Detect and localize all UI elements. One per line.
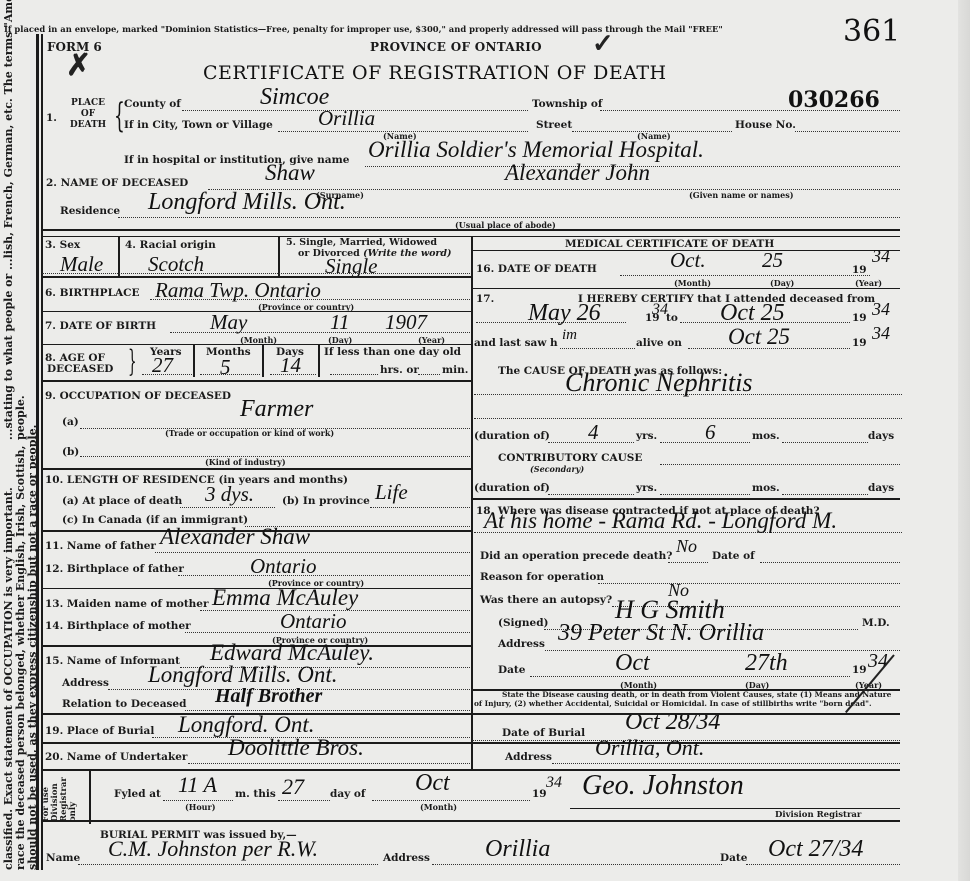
field-line: [598, 583, 900, 584]
residence-value: Longford Mills. Ont.: [148, 189, 346, 216]
day-sublabel: (Day): [770, 278, 794, 288]
father-birthplace-value: Ontario: [250, 554, 317, 579]
mother-name-value: Emma McAuley: [212, 585, 358, 611]
row-divider: [42, 344, 471, 345]
signed-label: (Signed): [498, 617, 549, 629]
registrar-title: Division Registrar: [775, 810, 861, 820]
father-name-value: Alexander Shaw: [160, 524, 310, 550]
undertaker-address-label: Address: [505, 751, 552, 763]
field-line: [330, 374, 378, 375]
field-line: [370, 507, 470, 508]
operation-date-label: Date of: [712, 550, 755, 562]
year-prefix: 19: [532, 788, 547, 800]
dob-year-value: 1907: [385, 310, 427, 335]
contributory-cause-label: CONTRIBUTORY CAUSE: [498, 452, 642, 464]
township-field-line: [600, 110, 900, 111]
row-divider: [472, 713, 900, 715]
county-label: County of: [124, 98, 181, 110]
mos-label: mos.: [752, 430, 780, 442]
last-saw-label: and last saw h: [474, 337, 558, 349]
occupation-a-label: (a): [62, 416, 79, 428]
field-line: [620, 275, 870, 276]
field-line: [552, 763, 900, 764]
month-sublabel: (Month): [420, 802, 457, 812]
section-number-1: 1.: [46, 112, 57, 124]
permit-name-label: Name: [46, 852, 80, 864]
cell-divider: [89, 769, 91, 824]
disease-contracted-value: At his home - Rama Rd. - Longford M.: [484, 508, 837, 534]
city-label: If in City, Town or Village: [124, 119, 273, 131]
field-line: [474, 418, 902, 419]
tick-icon: ✓: [592, 28, 614, 59]
field-line: [548, 494, 634, 495]
cause-of-death-value: Chronic Nephritis: [565, 368, 753, 398]
registrar-signature: Geo. Johnston: [582, 770, 744, 802]
sex-label: 3. Sex: [45, 239, 80, 251]
field-line: [760, 562, 900, 563]
field-line: [782, 442, 868, 443]
to-label: to: [666, 312, 678, 324]
permit-address-label: Address: [383, 852, 430, 864]
permit-name-value: C.M. Johnston per R.W.: [108, 836, 318, 862]
mother-name-label: 13. Maiden name of mother: [45, 598, 209, 610]
mother-birthplace-value: Ontario: [280, 609, 347, 634]
reason-label: Reason for operation: [480, 571, 604, 583]
father-name-label: 11. Name of father: [45, 540, 156, 552]
relation-value: Half Brother: [215, 685, 322, 708]
row-divider: [42, 742, 900, 744]
cell-divider: [193, 344, 195, 377]
less-than-day-label: If less than one day old: [324, 346, 461, 358]
residence-in-province-value: Life: [375, 480, 408, 505]
medical-footnote: State the Disease causing death, or in d…: [474, 691, 900, 708]
m-this-label: m. this: [235, 788, 276, 800]
field-line: [178, 575, 470, 576]
occupation-value: Farmer: [240, 396, 313, 423]
field-line: [660, 494, 750, 495]
mos-label: mos.: [752, 482, 780, 494]
year-prefix: 19: [852, 264, 867, 276]
alive-on-year-value: 34: [872, 323, 890, 344]
field-line: [530, 676, 850, 677]
autopsy-label: Was there an autopsy?: [480, 594, 612, 606]
duration-label: (duration of): [474, 430, 550, 442]
left-border: [36, 34, 39, 870]
year-sublabel: (Year): [855, 278, 882, 288]
field-line: [560, 348, 635, 349]
year-prefix: 19: [852, 664, 867, 676]
death-certificate: If placed in an envelope, marked "Domini…: [0, 0, 970, 881]
age-label-2: DECEASED: [47, 363, 113, 375]
death-day-value: 25: [762, 248, 783, 273]
death-year-value: 34: [872, 246, 890, 267]
place-of-death-label: PLACEOFDEATH: [62, 98, 114, 131]
birthplace-value: Rama Twp. Ontario: [155, 278, 321, 303]
physician-date-label: Date: [498, 664, 525, 676]
fyled-day-value: 27: [282, 774, 304, 800]
undertaker-label: 20. Name of Undertaker: [45, 751, 187, 763]
operation-value: No: [676, 536, 697, 557]
field-line: [180, 507, 275, 508]
racial-origin-label: 4. Racial origin: [125, 239, 216, 251]
md-label: M.D.: [862, 617, 890, 629]
hour-sublabel: (Hour): [185, 802, 216, 812]
row-divider: [42, 380, 471, 382]
physician-date-year: 34: [868, 650, 888, 673]
fyled-year-value: 34: [546, 774, 562, 792]
field-line: [660, 464, 900, 465]
contributory-sublabel: (Secondary): [530, 464, 584, 474]
field-line: [746, 864, 900, 865]
street-label: Street: [536, 119, 572, 131]
yrs-label: yrs.: [636, 482, 657, 494]
row-divider: [42, 820, 900, 822]
registrar-use-label: For useDivisionRegistraronly: [42, 777, 78, 822]
hrs-label: hrs. or: [380, 364, 419, 376]
mail-notice: If placed in an envelope, marked "Domini…: [4, 24, 723, 34]
field-line: [78, 864, 378, 865]
row-divider: [472, 498, 900, 500]
dob-label: 7. DATE OF BIRTH: [45, 320, 156, 332]
field-line: [42, 273, 470, 274]
occupation-b-label: (b): [62, 446, 79, 458]
year-prefix: 19: [852, 312, 867, 324]
field-line: [668, 562, 708, 563]
field-line: [485, 800, 530, 801]
burial-date-label: Date of Burial: [502, 727, 585, 739]
attended-to-year-value: 34: [872, 299, 890, 320]
occupation-a-sublabel: (Trade or occupation or kind of work): [165, 428, 334, 438]
physician-date-day: 27th: [745, 650, 788, 677]
dob-month-value: May: [210, 310, 247, 335]
residence-at-place-value: 3 dys.: [205, 482, 254, 507]
occupation-label: 9. OCCUPATION OF DECEASED: [45, 390, 231, 402]
field-line: [185, 710, 470, 711]
signature-line: [570, 808, 900, 809]
residence-at-place-label: (a) At place of death: [62, 495, 182, 507]
duration-years-value: 4: [588, 420, 599, 445]
given-names-sublabel: (Given name or names): [689, 190, 794, 200]
duration-label-2: (duration of): [474, 482, 550, 494]
field-line: [545, 650, 900, 651]
occupation-b-sublabel: (Kind of industry): [205, 457, 286, 467]
surname-value: Shaw: [265, 160, 315, 186]
field-line: [782, 494, 868, 495]
yrs-label: yrs.: [636, 430, 657, 442]
township-label: Township of: [532, 98, 602, 110]
undertaker-address-value: Orillia, Ont.: [595, 735, 704, 761]
age-years-value: 27: [152, 353, 173, 378]
min-label: min.: [442, 364, 468, 376]
field-line: [418, 374, 440, 375]
row-divider: [42, 468, 471, 470]
marital-label: 5. Single, Married, Widowed: [286, 237, 437, 248]
date-of-death-label: 16. DATE OF DEATH: [476, 263, 597, 275]
year-prefix: 19: [852, 337, 867, 349]
house-no-label: House No.: [735, 119, 796, 131]
informant-address-label: Address: [62, 677, 109, 689]
death-month-value: Oct.: [670, 248, 706, 273]
field-line: [188, 763, 470, 764]
operation-label: Did an operation precede death?: [480, 550, 672, 562]
brace-icon: }: [128, 344, 137, 379]
cell-divider: [262, 344, 264, 377]
birthplace-label: 6. BIRTHPLACE: [45, 287, 139, 299]
field-line: [163, 800, 233, 801]
city-value: Orillia: [318, 106, 375, 131]
field-line: [155, 552, 470, 553]
hospital-label: If in hospital or institution, give name: [124, 154, 349, 166]
fyled-month-value: Oct: [415, 770, 450, 797]
fyled-hour-value: 11 A: [178, 772, 217, 798]
father-birthplace-label: 12. Birthplace of father: [45, 563, 184, 575]
fyled-label: Fyled at: [114, 788, 161, 800]
mother-birthplace-label: 14. Birthplace of mother: [45, 620, 191, 632]
last-saw-pronoun: im: [562, 327, 577, 344]
residence-field-line: [118, 217, 900, 218]
row-divider: [472, 288, 900, 289]
alive-on-value: Oct 25: [728, 324, 790, 350]
check-mark-icon: ✗: [66, 48, 91, 83]
attended-to-value: Oct 25: [720, 300, 785, 327]
physician-date-month: Oct: [615, 650, 650, 677]
burial-place-label: 19. Place of Burial: [45, 725, 154, 737]
name-of-deceased-label: 2. NAME OF DECEASED: [46, 177, 188, 189]
residence-label: Residence: [60, 205, 120, 217]
cell-divider: [278, 236, 280, 276]
age-days-value: 14: [280, 353, 301, 378]
field-line: [278, 800, 330, 801]
field-line: [432, 864, 722, 865]
house-field-line: [795, 131, 900, 132]
day-of-label: day of: [330, 788, 365, 800]
page-edge: [958, 0, 970, 881]
row-divider: [42, 769, 900, 771]
left-border-inner: [41, 34, 43, 870]
residence-length-label: 10. LENGTH OF RESIDENCE (in years and mo…: [45, 474, 348, 486]
permit-date-label: Date: [720, 852, 747, 864]
physician-address-label: Address: [498, 638, 545, 650]
cell-divider: [318, 344, 320, 377]
certificate-title: CERTIFICATE OF REGISTRATION OF DEATH: [203, 62, 667, 84]
duration-months-value: 6: [705, 420, 716, 445]
page-number: 361: [843, 14, 900, 49]
side-note-top: ...stating to what people or ...lish, Fr…: [2, 0, 15, 440]
certify-number: 17.: [476, 293, 494, 305]
dob-day-value: 11: [330, 310, 349, 335]
days-label: days: [868, 482, 894, 494]
undertaker-value: Doolittle Bros.: [228, 735, 364, 761]
residence-in-province-label: (b) In province: [282, 495, 370, 507]
province-label: PROVINCE OF ONTARIO: [370, 40, 542, 54]
permit-address-value: Orillia: [485, 836, 550, 863]
permit-date-value: Oct 27/34: [768, 836, 863, 863]
days-label: days: [868, 430, 894, 442]
physician-address-value: 39 Peter St N. Orillia: [558, 620, 764, 647]
given-names-value: Alexander John: [505, 160, 650, 186]
alive-on-label: alive on: [636, 337, 682, 349]
attended-from-value: May 26: [528, 300, 601, 327]
cell-divider: [118, 236, 120, 276]
age-months-value: 5: [220, 355, 231, 380]
month-sublabel: (Month): [674, 278, 711, 288]
relation-label: Relation to Deceased: [62, 698, 186, 710]
